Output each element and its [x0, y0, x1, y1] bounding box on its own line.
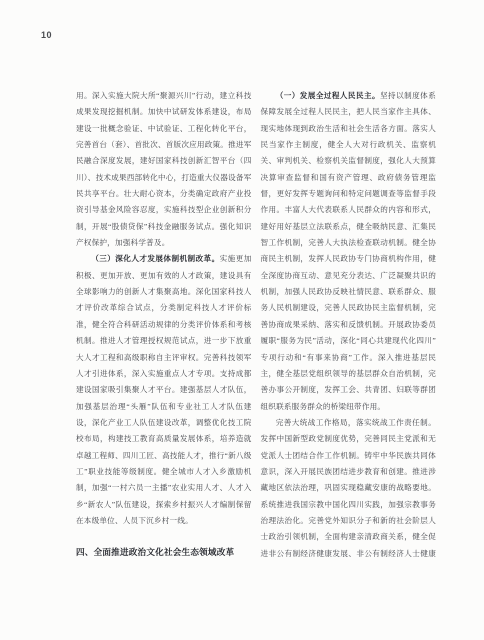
- document-page: 10 用。深入实施大院大所“聚源兴川”行动，建立科技成果发现挖掘机制。加快中试研…: [0, 0, 484, 640]
- page-number: 10: [41, 30, 52, 40]
- section-heading: 四、全面推进政治文化社会生态领域改革: [76, 543, 252, 561]
- paragraph-lead: （三）深化人才发展体制机制改革。: [91, 254, 219, 263]
- paragraph-text: 实施更加积极、更加开放、更加有效的人才政策，建设具有全球影响力的创新人才集聚高地…: [76, 254, 252, 525]
- paragraph: （三）深化人才发展体制机制改革。实施更加积极、更加开放、更加有效的人才政策，建设…: [76, 251, 252, 529]
- paragraph: （一）发展全过程人民民主。坚持以制度体系保障发展全过程人民民主，把人民当家作主具…: [261, 88, 437, 415]
- paragraph-text: 坚持以制度体系保障发展全过程人民民主，把人民当家作主具体、现实地体现到政治生活和…: [261, 91, 437, 411]
- paragraph-lead: （一）发展全过程人民民主。: [276, 91, 380, 100]
- text-columns: 用。深入实施大院大所“聚源兴川”行动，建立科技成果发现挖掘机制。加快中试研发体系…: [76, 88, 436, 594]
- paragraph: 用。深入实施大院大所“聚源兴川”行动，建立科技成果发现挖掘机制。加快中试研发体系…: [76, 88, 252, 251]
- paragraph-text: 用。深入实施大院大所“聚源兴川”行动，建立科技成果发现挖掘机制。加快中试研发体系…: [76, 91, 252, 247]
